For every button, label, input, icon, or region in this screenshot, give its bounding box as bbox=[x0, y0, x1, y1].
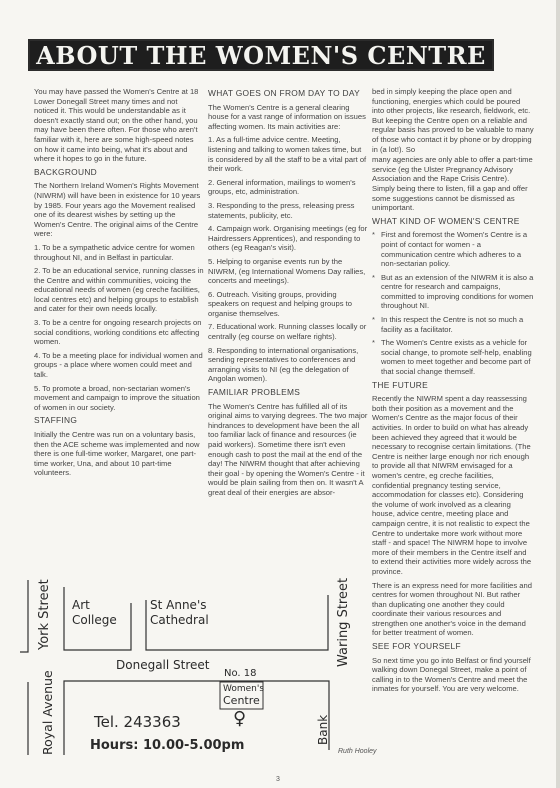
agencies-paragraph: many agencies are only able to offer a p… bbox=[372, 155, 534, 213]
kind-heading: WHAT KIND OF WOMEN'S CENTRE bbox=[372, 217, 534, 227]
st-annes-cathedral-label: St Anne's Cathedral bbox=[150, 598, 209, 628]
day-to-day-heading: WHAT GOES ON FROM DAY TO DAY bbox=[208, 89, 368, 99]
aim-item: 3. To be a centre for ongoing research p… bbox=[34, 318, 204, 347]
activity-item: 5. Helping to organise events run by the… bbox=[208, 257, 368, 286]
asterisk-icon: * bbox=[372, 230, 375, 240]
page-edge bbox=[556, 0, 560, 788]
kind-bullet-item: *The Women's Centre exists as a vehicle … bbox=[372, 338, 534, 376]
kind-bullet-item: *In this respect the Centre is not so mu… bbox=[372, 315, 534, 334]
female-symbol-icon: ♀ bbox=[233, 708, 246, 729]
activity-item: 2. General information, mailings to wome… bbox=[208, 178, 368, 197]
activity-item: 6. Outreach. Visiting groups, providing … bbox=[208, 290, 368, 319]
author-signature: Ruth Hooley bbox=[338, 748, 377, 755]
waring-street-label: Waring Street bbox=[336, 578, 351, 667]
opening-hours: Hours: 10.00-5.00pm bbox=[90, 738, 244, 753]
aim-item: 4. To be a meeting place for individual … bbox=[34, 351, 204, 380]
activity-item: 1. As a full-time advice centre. Meeting… bbox=[208, 135, 368, 173]
activity-item: 7. Educational work. Running classes loc… bbox=[208, 322, 368, 341]
number-18-label: No. 18 bbox=[224, 668, 257, 679]
column-1: You may have passed the Women's Centre a… bbox=[34, 87, 204, 482]
map-lines bbox=[20, 555, 365, 755]
column-3: bed in simply keeping the place open and… bbox=[372, 87, 534, 698]
asterisk-icon: * bbox=[372, 338, 375, 348]
womens-centre-box-label: Women's Centre bbox=[223, 683, 264, 707]
activity-item: 8. Responding to international organisat… bbox=[208, 346, 368, 384]
donegall-street-label: Donegall Street bbox=[116, 658, 210, 672]
see-paragraph: So next time you go into Belfast or find… bbox=[372, 656, 534, 694]
background-heading: BACKGROUND bbox=[34, 168, 204, 178]
kind-bullet-item: *First and foremost the Women's Centre i… bbox=[372, 230, 534, 268]
future-paragraph-2: There is an express need for more facili… bbox=[372, 581, 534, 639]
kind-bullet-item: *But as an extension of the NIWRM it is … bbox=[372, 273, 534, 311]
location-map: York Street Art College St Anne's Cathed… bbox=[20, 555, 365, 755]
page-number: 3 bbox=[276, 776, 280, 783]
future-heading: THE FUTURE bbox=[372, 381, 534, 391]
column-2: WHAT GOES ON FROM DAY TO DAY The Women's… bbox=[208, 87, 368, 502]
intro-paragraph: You may have passed the Women's Centre a… bbox=[34, 87, 204, 164]
aim-item: 5. To promote a broad, non-sectarian wom… bbox=[34, 384, 204, 413]
bank-label: Bank bbox=[316, 715, 330, 745]
royal-avenue-label: Royal Avenue bbox=[40, 670, 55, 755]
art-college-label: Art College bbox=[72, 598, 117, 628]
background-paragraph: The Northern Ireland Women's Rights Move… bbox=[34, 181, 204, 239]
asterisk-icon: * bbox=[372, 315, 375, 325]
activity-item: 3. Responding to the press, releasing pr… bbox=[208, 201, 368, 220]
continued-paragraph: bed in simply keeping the place open and… bbox=[372, 87, 534, 154]
future-paragraph-1: Recently the NIWRM spent a day reassessi… bbox=[372, 394, 534, 576]
staffing-heading: STAFFING bbox=[34, 416, 204, 426]
aim-item: 2. To be an educational service, running… bbox=[34, 266, 204, 314]
page-title: ABOUT THE WOMEN'S CENTRE bbox=[36, 41, 486, 70]
day-to-day-intro: The Women's Centre is a general clearing… bbox=[208, 103, 368, 132]
telephone-number: Tel. 243363 bbox=[94, 713, 181, 731]
staffing-paragraph: Initially the Centre was run on a volunt… bbox=[34, 430, 204, 478]
asterisk-icon: * bbox=[372, 273, 375, 283]
york-street-label: York Street bbox=[37, 579, 52, 650]
kind-bullet-list: *First and foremost the Women's Centre i… bbox=[372, 230, 534, 376]
problems-paragraph: The Women's Centre has fulfilled all of … bbox=[208, 402, 368, 498]
activity-item: 4. Campaign work. Organising meetings (e… bbox=[208, 224, 368, 253]
problems-heading: FAMILIAR PROBLEMS bbox=[208, 388, 368, 398]
aim-item: 1. To be a sympathetic advice centre for… bbox=[34, 243, 204, 262]
see-heading: SEE FOR YOURSELF bbox=[372, 642, 534, 652]
title-banner: ABOUT THE WOMEN'S CENTRE bbox=[28, 39, 494, 71]
